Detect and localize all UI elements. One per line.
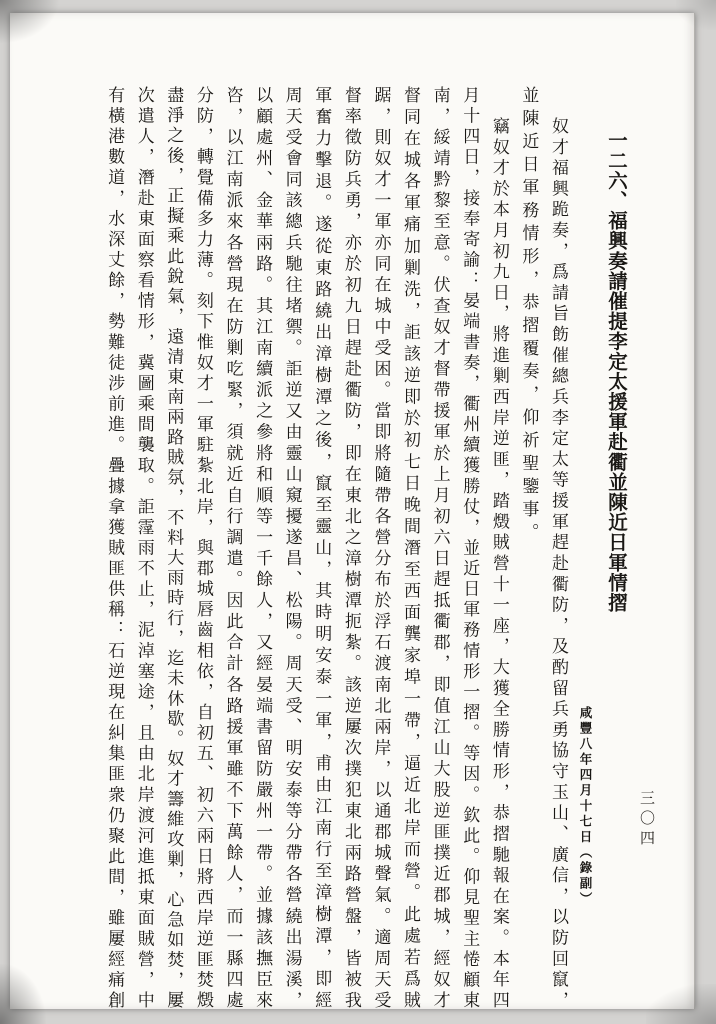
text-column: 次遣人，潛赴東面察看情形，冀圖乘間襲取。詎霪雨不止，泥淖塞途，且由北岸渡河進抵東… xyxy=(128,86,158,1010)
text-column: 以顧處州、金華兩路。其江南續派之參將和順等一千餘人，又經晏端書留防嚴州一帶。並據… xyxy=(246,86,276,1010)
text-column: 月十四日，接奉寄諭：晏端書奏，衢州續獲勝仗，並近日軍務情形一摺。等因。欽此。仰見… xyxy=(454,86,484,1010)
text-column: 竊奴才於本月初九日，將進剿西岸逆匪，踏燬賊營十一座，大獲全勝情形，恭摺馳報在案。… xyxy=(483,86,513,1010)
text-column: 踞，則奴才一軍亦同在城中受困。當即將隨帶各營分布於浮石渡南北兩岸，以通郡城聲氣。… xyxy=(365,86,395,1010)
text-column: 奴才福興跪奏，爲請旨飭催總兵李定太等援軍趕赴衢防，及酌留兵勇協守玉山、廣信，以防… xyxy=(542,86,572,1010)
memorial-text: 一二六、福興奏請催提李定太援軍赴衢並陳近日軍情摺 咸豐八年四月十七日（錄副） 奴… xyxy=(99,86,635,1010)
text-column: 督同在城各軍痛加剿洗，詎該逆即於初七日晚間潛至西面龔家埠一帶，逼近北岸而營。此處… xyxy=(394,86,424,1010)
scan-shadow-bottom-left xyxy=(0,964,46,1024)
text-column: 督率徵防兵勇，亦於初九日趕赴衢防，即在東北之漳樹潭扼紮。該逆屢次撲犯東北兩路營盤… xyxy=(335,86,365,1010)
text-column: 周天受會同該總兵馳往堵禦。詎逆又由靈山窺擾遂昌、松陽。周天受、明安泰等分帶各營繞… xyxy=(276,86,306,1010)
text-column: 分防，轉覺備多力薄。刻下惟奴才一軍駐紮北岸，與郡城唇齒相依，自初五、初六兩日將西… xyxy=(187,86,217,1010)
entry-title: 一二六、福興奏請催提李定太援軍赴衢並陳近日軍情摺 xyxy=(598,86,634,1010)
text-column: 有橫港數道，水深丈餘，勢難徒涉前進。疊據拿獲賊匪供稱：石逆現在糾集匪衆仍聚此間，… xyxy=(99,86,129,1010)
text-column: 咨，以江南派來各營現在防剿吃緊，須就近自行調遣。因此合計各路援軍雖不下萬餘人，而… xyxy=(217,86,247,1010)
text-column: 盡淨之後，正擬乘此銳氣，遠清東南兩路賊氛，不料大雨時行，迄未休歇。奴才籌維攻剿，… xyxy=(158,86,188,1010)
entry-date: 咸豐八年四月十七日（錄副） xyxy=(572,86,598,1010)
page-number: 三〇四 xyxy=(637,790,658,850)
text-column: 軍奮力擊退。遂從東路繞出漳樹潭之後，竄至靈山，其時明安泰一軍，甫由江南行至漳樹潭… xyxy=(306,86,336,1010)
scan-shadow-bottom-right xyxy=(646,984,716,1024)
text-column: 南，綏靖黔黎至意。伏查奴才督帶援軍於上月初六日趕抵衢郡，即值江山大股逆匪撲近郡城… xyxy=(424,86,454,1010)
text-column: 並陳近日軍務情形，恭摺覆奏，仰祈聖鑒事。 xyxy=(513,86,543,1010)
scan-shadow-top-left xyxy=(0,0,60,44)
scan-shadow-top-right xyxy=(676,0,716,30)
